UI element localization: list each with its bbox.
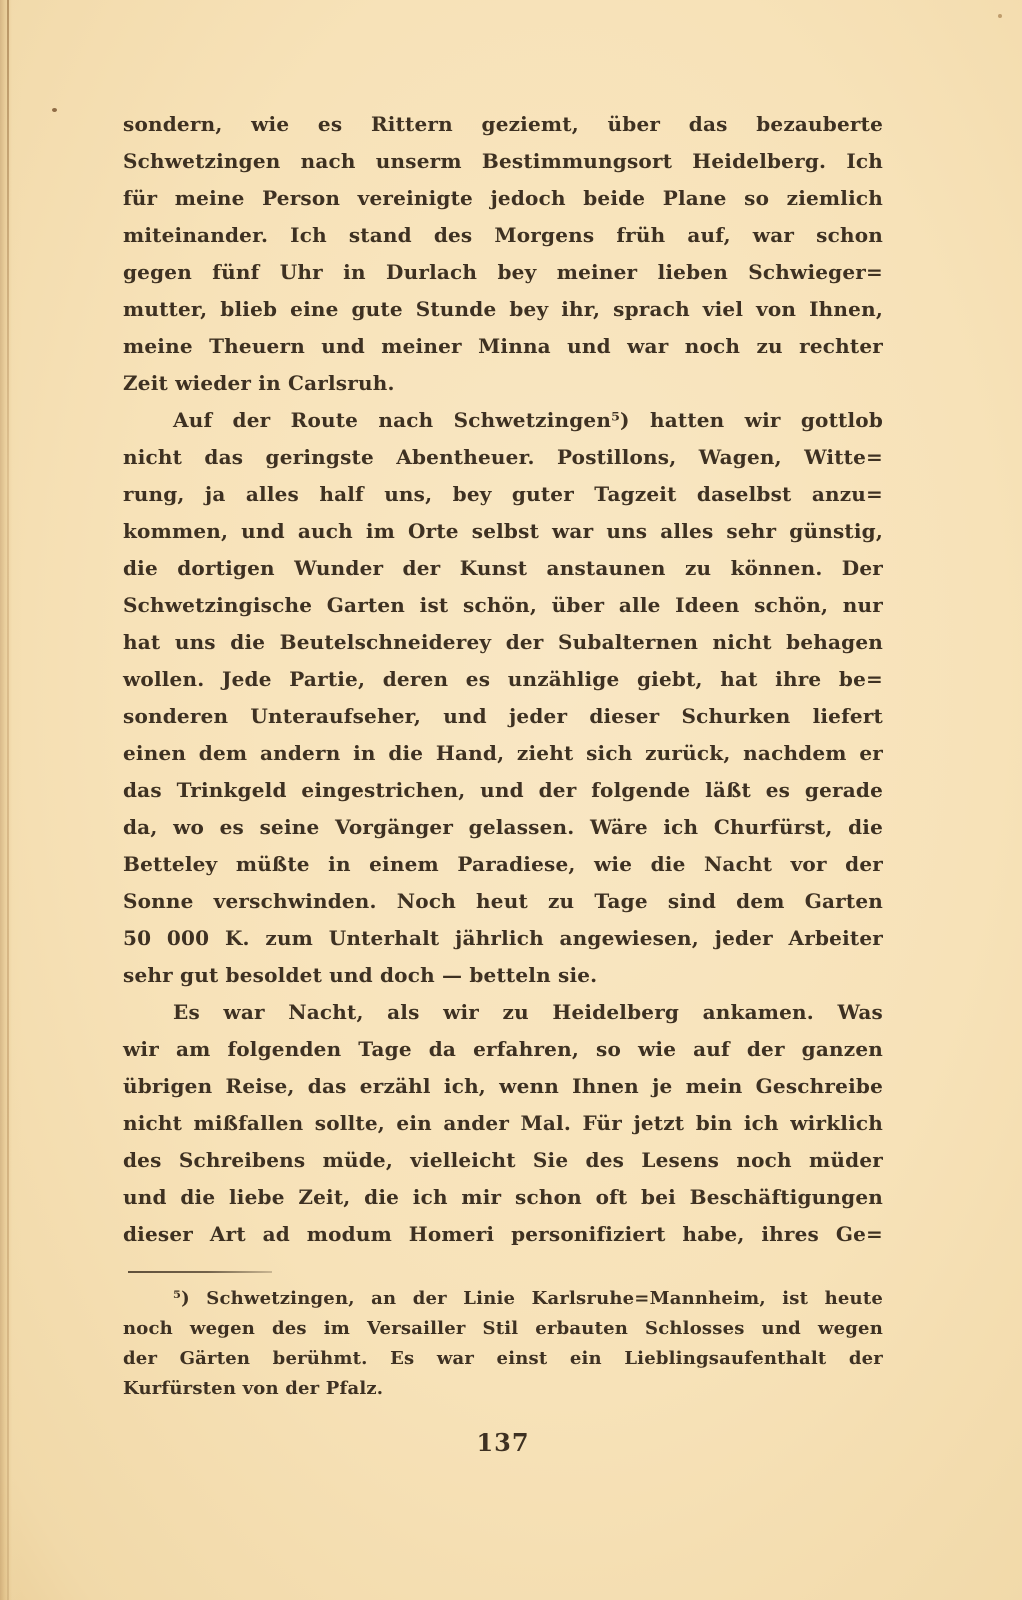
body-text-line: für meine Person vereinigte jedoch beide… bbox=[123, 180, 883, 217]
body-text-line: rung, ja alles half uns, bey guter Tagze… bbox=[123, 476, 883, 513]
body-text-line: dieser Art ad modum Homeri personifizier… bbox=[123, 1216, 883, 1253]
body-text-line: Schwetzingische Garten ist schön, über a… bbox=[123, 587, 883, 624]
body-text-line: hat uns die Beutelschneiderey der Subalt… bbox=[123, 624, 883, 661]
body-text-line: und die liebe Zeit, die ich mir schon of… bbox=[123, 1179, 883, 1216]
body-text-line: wollen. Jede Partie, deren es unzählige … bbox=[123, 661, 883, 698]
body-text-line: des Schreibens müde, vielleicht Sie des … bbox=[123, 1142, 883, 1179]
page-fold-line bbox=[7, 0, 9, 1600]
body-text-line: nicht mißfallen sollte, ein ander Mal. F… bbox=[123, 1105, 883, 1142]
body-text-line: meine Theuern und meiner Minna und war n… bbox=[123, 328, 883, 365]
paper-speck bbox=[52, 108, 57, 112]
book-page: sondern, wie es Rittern geziemt, über da… bbox=[0, 0, 1022, 1600]
body-text-line: Es war Nacht, als wir zu Heidelberg anka… bbox=[123, 994, 883, 1031]
body-text-line: Schwetzingen nach unserm Bestimmungsort … bbox=[123, 143, 883, 180]
body-text-line: 50 000 K. zum Unterhalt jährlich angewie… bbox=[123, 920, 883, 957]
body-text-line: Betteley müßte in einem Paradiese, wie d… bbox=[123, 846, 883, 883]
body-text-line: wir am folgenden Tage da erfahren, so wi… bbox=[123, 1031, 883, 1068]
body-text-line: Zeit wieder in Carlsruh. bbox=[123, 365, 883, 402]
body-text-line: kommen, und auch im Orte selbst war uns … bbox=[123, 513, 883, 550]
body-text-line: sonderen Unteraufseher, und jeder dieser… bbox=[123, 698, 883, 735]
main-text-block: sondern, wie es Rittern geziemt, über da… bbox=[123, 106, 883, 1253]
body-text-line: nicht das geringste Abentheuer. Postillo… bbox=[123, 439, 883, 476]
body-text-line: Sonne verschwinden. Noch heut zu Tage si… bbox=[123, 883, 883, 920]
page-fold-shading bbox=[0, 0, 22, 1600]
body-text-line: die dortigen Wunder der Kunst anstaunen … bbox=[123, 550, 883, 587]
body-text-line: das Trinkgeld eingestrichen, und der fol… bbox=[123, 772, 883, 809]
footnote-block: ⁵) Schwetzingen, an der Linie Karlsruhe=… bbox=[123, 1284, 883, 1404]
footnote-line: noch wegen des im Versailler Stil erbaut… bbox=[123, 1314, 883, 1344]
body-text-line: sondern, wie es Rittern geziemt, über da… bbox=[123, 106, 883, 143]
page-number: 137 bbox=[123, 1428, 883, 1458]
footnote-line: ⁵) Schwetzingen, an der Linie Karlsruhe=… bbox=[123, 1284, 883, 1314]
paper-speck bbox=[998, 14, 1002, 18]
body-text-line: da, wo es seine Vorgänger gelassen. Wäre… bbox=[123, 809, 883, 846]
body-text-line: gegen fünf Uhr in Durlach bey meiner lie… bbox=[123, 254, 883, 291]
body-text-line: miteinander. Ich stand des Morgens früh … bbox=[123, 217, 883, 254]
footnote-line: Kurfürsten von der Pfalz. bbox=[123, 1374, 883, 1404]
body-text-line: einen dem andern in die Hand, zieht sich… bbox=[123, 735, 883, 772]
footnote-line: der Gärten berühmt. Es war einst ein Lie… bbox=[123, 1344, 883, 1374]
body-text-line: mutter, blieb eine gute Stunde bey ihr, … bbox=[123, 291, 883, 328]
body-text-line: sehr gut besoldet und doch — betteln sie… bbox=[123, 957, 883, 994]
footnote-separator-rule bbox=[128, 1271, 272, 1273]
body-text-line: Auf der Route nach Schwetzingen⁵) hatten… bbox=[123, 402, 883, 439]
body-text-line: übrigen Reise, das erzähl ich, wenn Ihne… bbox=[123, 1068, 883, 1105]
